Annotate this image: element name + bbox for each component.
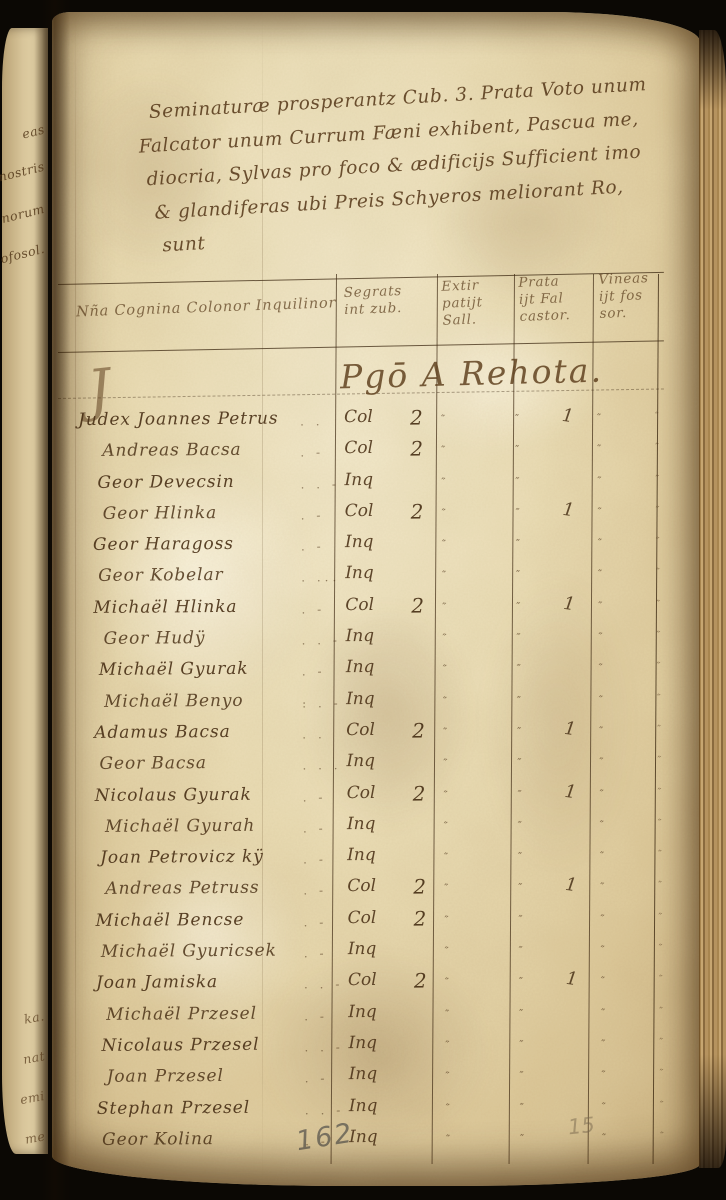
table-row: Nicolaus Gyurak . - Col 2 ″ ″ 1 ″ ″	[81, 779, 685, 815]
ditto-mark: ″	[658, 1130, 664, 1142]
sessio-value: 2	[412, 719, 425, 743]
ditto-mark: ″	[439, 443, 446, 457]
table-row: Geor Kolina . - Inq ″ ″ ″ ″	[83, 1124, 687, 1160]
ditto-mark: ″	[653, 473, 659, 485]
ditto-mark: ″	[653, 442, 659, 454]
table-row: Michaël Benyo : . - Inq ″ ″ ″ ″	[80, 685, 684, 721]
status-abbrev: Inq	[347, 845, 376, 865]
ditto-mark: ″	[598, 912, 605, 926]
sessio-value: 2	[413, 781, 426, 805]
table-row: Andreas Petruss . - Col 2 ″ ″ 1 ″ ″	[81, 873, 685, 909]
ditto-mark: ″	[514, 568, 521, 582]
ditto-mark: ″	[515, 725, 522, 739]
verso-page-edge: eas nostris norum ofosol. ka. nat emi me	[2, 28, 48, 1154]
ditto-mark: ″	[655, 786, 661, 798]
column-header-names: Nña Cognina Colonor Inquilinor	[76, 296, 326, 322]
ditto-mark: ″	[443, 975, 450, 989]
table-row: Geor Bacsa . . . Inq ″ ″ ″ ″	[80, 748, 684, 784]
sessio-value: 2	[413, 875, 426, 899]
status-abbrev: Col	[344, 438, 373, 458]
status-abbrev: Inq	[345, 532, 374, 552]
ditto-mark: ″	[598, 943, 605, 957]
sessio-value: 2	[411, 499, 424, 523]
ditto-mark: ″	[598, 881, 605, 895]
ditto-mark: ″	[443, 1038, 450, 1052]
person-name: Geor Kolina	[102, 1129, 214, 1150]
person-name: Michaël Hlinka	[93, 597, 237, 618]
person-name: Andreas Petruss	[105, 878, 259, 899]
status-abbrev: Col	[348, 970, 377, 990]
verso-text-fragment: emi	[19, 1088, 46, 1107]
status-abbrev: Inq	[347, 814, 376, 834]
table-row: Andreas Bacsa . - Col 2 ″ ″ ″ ″	[78, 435, 682, 471]
sessio-value: 2	[410, 437, 423, 461]
register-rows: Judex Joannes Petrus . . Col 2 ″ ″ 1 ″ ″…	[78, 404, 687, 1159]
vinea-value: 1	[562, 593, 576, 615]
ditto-mark: ″	[600, 1131, 607, 1145]
ditto-mark: ″	[599, 1006, 606, 1020]
vinea-value: 1	[564, 874, 578, 896]
vinea-value: 1	[563, 718, 577, 740]
column-header-line: Prata	[518, 273, 570, 292]
column-header-line: Vineas	[598, 270, 649, 289]
table-row: Joan Przesel . - Inq ″ ″ ″ ″	[83, 1061, 687, 1097]
ditto-mark: ″	[515, 818, 522, 832]
status-abbrev: Inq	[348, 1033, 377, 1053]
column-header-line: sor.	[599, 304, 650, 323]
status-abbrev: Col	[346, 720, 375, 740]
person-name: Joan Petrovicz kÿ	[100, 847, 264, 868]
ditto-mark: ″	[513, 506, 520, 520]
person-name: Geor Hlinka	[103, 503, 218, 524]
ditto-mark: ″	[513, 537, 520, 551]
column-header-line: ijt fos	[599, 287, 650, 306]
status-abbrev: Inq	[346, 657, 375, 677]
ditto-mark: ″	[443, 1007, 450, 1021]
ditto-mark: ″	[597, 724, 604, 738]
ditto-mark: ″	[517, 1069, 524, 1083]
person-name: Michaël Gyurak	[99, 659, 249, 680]
column-header-vineae: Vineas ijt fos sor.	[598, 270, 650, 323]
ditto-mark: ″	[518, 1131, 525, 1145]
ditto-mark: ″	[596, 630, 603, 644]
ditto-mark: ″	[657, 1037, 663, 1049]
ditto-mark: ″	[654, 536, 660, 548]
ditto-mark: ″	[441, 694, 448, 708]
ditto-mark: ″	[440, 631, 447, 645]
status-abbrev: Col	[344, 407, 373, 427]
ditto-mark: ″	[439, 475, 446, 489]
column-header-line: int zub.	[344, 300, 403, 319]
ditto-mark: ″	[513, 412, 520, 426]
ditto-mark: ″	[516, 912, 523, 926]
table-row: Nicolaus Przesel . . - Inq ″ ″ ″ ″	[82, 1030, 686, 1066]
column-header-prata: Prata ijt Fal castor.	[518, 273, 571, 326]
column-header-line: Segrats	[343, 283, 402, 302]
ditto-mark: ″	[596, 568, 603, 582]
status-abbrev: Col	[347, 876, 376, 896]
verso-text-fragment: eas	[21, 121, 47, 141]
ditto-mark: ″	[441, 819, 448, 833]
person-name: Geor Kobelar	[98, 565, 223, 586]
table-row: Michaël Hlinka . - Col 2 ″ ″ 1 ″ ″	[79, 592, 683, 628]
table-row: Michaël Gyurak . - Inq ″ ″ ″ ″	[80, 654, 684, 690]
ditto-mark: ″	[440, 663, 447, 677]
sessio-value: 2	[411, 593, 424, 617]
page-crease	[75, 12, 76, 1186]
table-row: Michaël Przesel . - Inq ″ ″ ″ ″	[82, 998, 686, 1034]
ditto-mark: ″	[656, 818, 662, 830]
ditto-mark: ″	[656, 849, 662, 861]
ditto-mark: ″	[599, 974, 606, 988]
header-note: Seminaturæ prosperantz Cub. 3. Prata Vot…	[148, 68, 667, 264]
person-name: Michaël Gyuricsek	[101, 941, 277, 962]
ditto-mark: ″	[597, 787, 604, 801]
ditto-mark: ″	[595, 411, 602, 425]
table-row: Geor Kobelar . ... Inq ″ ″ ″ ″	[79, 560, 683, 596]
person-name: Andreas Bacsa	[102, 440, 241, 461]
table-row: Stephan Przesel . . - Inq ″ ″ ″ ″	[83, 1092, 687, 1128]
ditto-mark: ″	[513, 443, 520, 457]
ditto-mark: ″	[443, 1069, 450, 1083]
status-abbrev: Col	[347, 782, 376, 802]
verso-text-fragment: nat	[22, 1048, 46, 1067]
vinea-value: 1	[565, 968, 579, 990]
person-name: Nicolaus Gyurak	[95, 784, 252, 805]
ditto-mark: ″	[514, 662, 521, 676]
ditto-mark: ″	[441, 756, 448, 770]
status-abbrev: Inq	[346, 626, 375, 646]
ditto-mark: ″	[658, 1099, 664, 1111]
column-header-line: patijt	[442, 294, 483, 312]
status-abbrev: Inq	[346, 751, 375, 771]
person-name: Geor Devecsin	[97, 472, 234, 493]
ditto-mark: ″	[655, 661, 661, 673]
column-header-sessio: Segrats int zub.	[343, 283, 402, 319]
column-header-line: castor.	[519, 307, 571, 326]
table-row: Geor Devecsin . . - Inq ″ ″ ″ ″	[78, 466, 682, 502]
ditto-mark: ″	[442, 913, 449, 927]
table-row: Michaël Gyurah . - Inq ″ ″ ″ ″	[81, 811, 685, 847]
ditto-mark: ″	[655, 724, 661, 736]
column-header-line: Sall.	[442, 311, 483, 329]
sessio-value: 2	[414, 969, 427, 993]
ditto-mark: ″	[655, 692, 661, 704]
status-abbrev: Inq	[348, 1002, 377, 1022]
ditto-mark: ″	[654, 598, 660, 610]
status-abbrev: Col	[347, 908, 376, 928]
table-row: Judex Joannes Petrus . . Col 2 ″ ″ 1 ″ ″	[78, 404, 682, 440]
ditto-mark: ″	[515, 693, 522, 707]
column-header-line: ijt Fal	[519, 290, 571, 309]
book-fore-edge	[699, 30, 726, 1168]
ditto-mark: ″	[653, 411, 659, 423]
table-row: Michaël Gyuricsek . - Inq ″ ″ ″ ″	[82, 936, 686, 972]
column-header-line: Nña Cognina Colonor Inquilinor	[76, 296, 326, 322]
ditto-mark: ″	[442, 882, 449, 896]
ditto-mark: ″	[515, 787, 522, 801]
ditto-mark: ″	[654, 630, 660, 642]
person-name: Judex Joannes Petrus	[78, 409, 278, 430]
ditto-mark: ″	[657, 1068, 663, 1080]
ditto-mark: ″	[597, 755, 604, 769]
section-title: Pgō A Rehota.	[340, 351, 604, 397]
ditto-mark: ″	[657, 1005, 663, 1017]
ditto-mark: ″	[439, 506, 446, 520]
ditto-mark: ″	[439, 412, 446, 426]
ditto-mark: ″	[657, 943, 663, 955]
verso-text-fragment: ofosol.	[0, 241, 46, 266]
ditto-mark: ″	[595, 474, 602, 488]
ditto-mark: ″	[599, 1100, 606, 1114]
table-row: Michaël Bencse . - Col 2 ″ ″ ″ ″	[81, 905, 685, 941]
ditto-mark: ″	[596, 661, 603, 675]
person-name: Michaël Gyurah	[105, 816, 255, 837]
ditto-mark: ″	[442, 944, 449, 958]
ditto-mark: ″	[442, 850, 449, 864]
status-abbrev: Inq	[348, 939, 377, 959]
person-name: Geor Bacsa	[99, 753, 207, 774]
person-name: Geor Hudÿ	[104, 628, 206, 649]
table-row: Adamus Bacsa . . Col 2 ″ ″ 1 ″ ″	[80, 717, 684, 753]
ditto-mark: ″	[440, 569, 447, 583]
ditto-mark: ″	[440, 600, 447, 614]
status-abbrev: Col	[345, 595, 374, 615]
person-name: Michaël Bencse	[96, 910, 245, 931]
ditto-mark: ″	[517, 1006, 524, 1020]
table-row: Joan Petrovicz kÿ . - Inq ″ ″ ″ ″	[81, 842, 685, 878]
table-row: Geor Hlinka . - Col 2 ″ ″ 1 ″ ″	[79, 498, 683, 534]
ditto-mark: ″	[517, 1100, 524, 1114]
ditto-mark: ″	[654, 567, 660, 579]
vinea-value: 1	[561, 405, 575, 427]
ditto-mark: ″	[656, 911, 662, 923]
verso-text-fragment: me	[24, 1128, 47, 1146]
table-row: Geor Haragoss . - Inq ″ ″ ″ ″	[79, 529, 683, 565]
ditto-mark: ″	[595, 442, 602, 456]
ditto-mark: ″	[517, 1038, 524, 1052]
pencil-folio-number: 15	[567, 1113, 596, 1140]
person-name: Nicolaus Przesel	[101, 1035, 259, 1056]
ditto-mark: ″	[444, 1132, 451, 1146]
ditto-mark: ″	[441, 725, 448, 739]
column-header-extirpatura: Extir patijt Sall.	[441, 277, 484, 329]
sessio-value: 2	[410, 406, 423, 430]
ditto-mark: ″	[516, 850, 523, 864]
table-row: Joan Jamiska . . - Col 2 ″ ″ 1 ″ ″	[82, 967, 686, 1003]
vinea-value: 1	[561, 499, 575, 521]
ditto-mark: ″	[653, 505, 659, 517]
ditto-mark: ″	[597, 693, 604, 707]
ditto-mark: ″	[656, 880, 662, 892]
verso-text-fragment: norum	[0, 201, 46, 226]
ditto-mark: ″	[515, 756, 522, 770]
ditto-mark: ″	[595, 505, 602, 519]
ditto-mark: ″	[513, 474, 520, 488]
person-name: Joan Przesel	[107, 1066, 224, 1087]
ditto-mark: ″	[439, 537, 446, 551]
sessio-value: 2	[413, 906, 426, 930]
ditto-mark: ″	[517, 975, 524, 989]
ditto-mark: ″	[516, 881, 523, 895]
person-name: Adamus Bacsa	[94, 722, 230, 743]
verso-text-fragment: ka.	[23, 1008, 46, 1026]
status-abbrev: Inq	[349, 1064, 378, 1084]
ditto-mark: ″	[655, 755, 661, 767]
person-name: Geor Haragoss	[93, 534, 234, 555]
status-abbrev: Inq	[345, 563, 374, 583]
ditto-mark: ″	[596, 599, 603, 613]
status-abbrev: Inq	[344, 470, 373, 490]
column-header-line: Extir	[441, 277, 482, 295]
person-name: Michaël Przesel	[106, 1003, 257, 1024]
ditto-mark: ″	[514, 599, 521, 613]
ditto-mark: ″	[598, 849, 605, 863]
table-row: Geor Hudÿ . . - Inq ″ ″ ″ ″	[80, 623, 684, 659]
verso-text-fragment: nostris	[0, 159, 46, 185]
ditto-mark: ″	[443, 1101, 450, 1115]
ditto-mark: ″	[599, 1068, 606, 1082]
status-abbrev: Inq	[346, 689, 375, 709]
table-rule-top	[58, 272, 664, 285]
ditto-mark: ″	[516, 944, 523, 958]
status-abbrev: Col	[345, 501, 374, 521]
person-name: Michaël Benyo	[104, 691, 244, 712]
ditto-mark: ″	[597, 818, 604, 832]
ditto-mark: ″	[441, 788, 448, 802]
ditto-mark: ″	[514, 631, 521, 645]
person-name: Joan Jamiska	[96, 972, 218, 993]
manuscript-page: Seminaturæ prosperantz Cub. 3. Prata Vot…	[52, 12, 700, 1186]
ditto-mark: ″	[657, 974, 663, 986]
manuscript-scan: eas nostris norum ofosol. ka. nat emi me	[0, 0, 726, 1200]
vinea-value: 1	[563, 780, 577, 802]
ditto-mark: ″	[599, 1037, 606, 1051]
person-name: Stephan Przesel	[97, 1097, 250, 1118]
status-abbrev: Inq	[349, 1095, 378, 1115]
ditto-mark: ″	[595, 536, 602, 550]
